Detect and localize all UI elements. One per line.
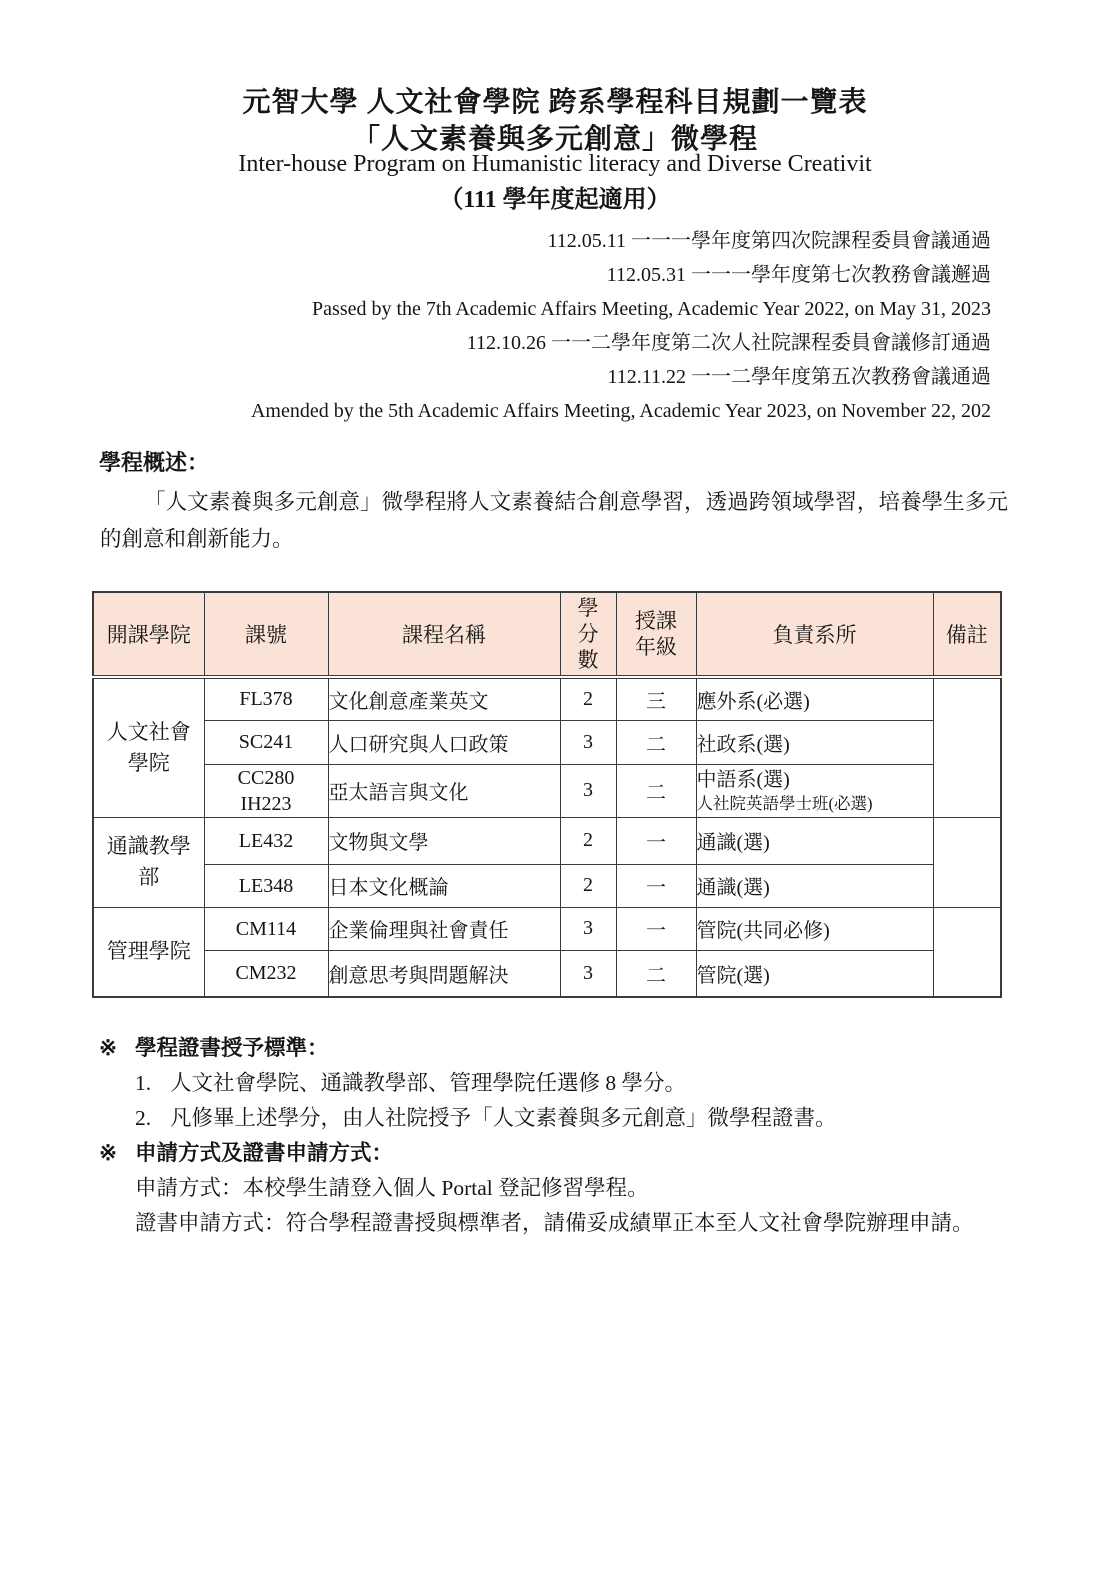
dept-main-label: 中語系(選) [697,767,933,793]
table-row: LE348 日本文化概論 2 一 通識(選) [93,864,1001,907]
approval-line: 112.05.31 一一一學年度第七次教務會議邂過 [251,258,991,292]
course-code-cell: CM232 [204,950,328,997]
course-code-cell: LE432 [204,817,328,864]
col-header-note: 備註 [933,592,1001,677]
grade-cell: 二 [616,764,696,817]
col-header-credits: 學 分 數 [560,592,616,677]
cert-criteria-item: 1. 人文社會學院、通識教學部、管理學院任選修 8 學分。 [99,1066,1059,1101]
cert-criteria-item: 2. 凡修畢上述學分，由人社院授予「人文素養與多元創意」微學程證書。 [99,1101,1059,1136]
table-row: 通識教學 部 LE432 文物與文學 2 一 通識(選) [93,817,1001,864]
notes-section: ※ 學程證書授予標準： 1. 人文社會學院、通識教學部、管理學院任選修 8 學分… [99,1031,1059,1241]
credits-cell: 3 [560,720,616,764]
application-line: 證書申請方式：符合學程證書授與標準者，請備妥成績單正本至人文社會學院辦理申請。 [99,1206,1059,1241]
course-code-cell: SC241 [204,720,328,764]
reference-mark: ※ [99,1136,135,1171]
cert-criteria-item-text: 人文社會學院、通識教學部、管理學院任選修 8 學分。 [170,1066,686,1101]
overview-paragraph: 「人文素養與多元創意」微學程將人文素養結合創意學習，透過跨領域學習，培養學生多元… [100,484,1008,558]
grade-cell: 二 [616,950,696,997]
col-header-dept: 負責系所 [696,592,933,677]
course-code-cell: CM114 [204,907,328,950]
course-name-cell: 亞太語言與文化 [328,764,560,817]
dept-sub-label: 人社院英語學士班(必選) [697,793,933,815]
table-row: SC241 人口研究與人口政策 3 二 社政系(選) [93,720,1001,764]
college-cell: 通識教學 部 [93,817,204,907]
dept-cell: 社政系(選) [696,720,933,764]
table-row: CC280 IH223 亞太語言與文化 3 二 中語系(選) 人社院英語學士班(… [93,764,1001,817]
col-header-college: 開課學院 [93,592,204,677]
course-name-cell: 文物與文學 [328,817,560,864]
grade-cell: 二 [616,720,696,764]
college-cell: 人文社會 學院 [93,677,204,817]
credits-cell: 3 [560,950,616,997]
cert-criteria-heading-label: 學程證書授予標準： [135,1031,329,1066]
document-page: 元智大學 人文社會學院 跨系學程科目規劃一覽表 「人文素養與多元創意」微學程 I… [0,0,1110,1569]
item-number: 1. [135,1066,170,1101]
course-code-cell: LE348 [204,864,328,907]
credits-cell: 2 [560,864,616,907]
table-row: 管理學院 CM114 企業倫理與社會責任 3 一 管院(共同必修) [93,907,1001,950]
credits-cell: 3 [560,907,616,950]
table-row: 人文社會 學院 FL378 文化創意產業英文 2 三 應外系(必選) [93,677,1001,720]
dept-cell: 通識(選) [696,817,933,864]
college-cell: 管理學院 [93,907,204,997]
program-title-en: Inter-house Program on Humanistic litera… [0,151,1110,178]
application-line: 申請方式：本校學生請登入個人 Portal 登記修習學程。 [99,1171,1059,1206]
item-number: 2. [135,1101,170,1136]
application-heading-label: 申請方式及證書申請方式： [135,1136,393,1171]
table-header-row: 開課學院 課號 課程名稱 學 分 數 授課 年級 負責系所 備註 [93,592,1001,677]
course-name-cell: 創意思考與問題解決 [328,950,560,997]
note-cell [933,677,1001,817]
note-cell [933,817,1001,907]
credits-cell: 2 [560,817,616,864]
col-header-name: 課程名稱 [328,592,560,677]
approval-history: 112.05.11 一一一學年度第四次院課程委員會議通過 112.05.31 一… [251,224,991,428]
page-title-zh: 元智大學 人文社會學院 跨系學程科目規劃一覽表 [0,80,1110,120]
course-name-cell: 日本文化概論 [328,864,560,907]
dept-cell: 管院(共同必修) [696,907,933,950]
effective-year-note: （111 學年度起適用） [0,179,1110,214]
course-table: 開課學院 課號 課程名稱 學 分 數 授課 年級 負責系所 備註 人文社會 學院… [92,591,1002,998]
reference-mark: ※ [99,1031,135,1066]
col-header-grade: 授課 年級 [616,592,696,677]
course-code-cell: CC280 IH223 [204,764,328,817]
grade-cell: 三 [616,677,696,720]
course-name-cell: 人口研究與人口政策 [328,720,560,764]
course-name-cell: 文化創意產業英文 [328,677,560,720]
approval-line-en: Passed by the 7th Academic Affairs Meeti… [251,292,991,326]
course-name-cell: 企業倫理與社會責任 [328,907,560,950]
dept-cell: 通識(選) [696,864,933,907]
cert-criteria-heading: ※ 學程證書授予標準： [99,1031,1059,1066]
grade-cell: 一 [616,817,696,864]
dept-cell: 應外系(必選) [696,677,933,720]
grade-cell: 一 [616,864,696,907]
credits-cell: 2 [560,677,616,720]
dept-cell: 中語系(選) 人社院英語學士班(必選) [696,764,933,817]
overview-heading: 學程概述： [99,446,209,477]
credits-cell: 3 [560,764,616,817]
approval-line: 112.05.11 一一一學年度第四次院課程委員會議通過 [251,224,991,258]
cert-criteria-item-text: 凡修畢上述學分，由人社院授予「人文素養與多元創意」微學程證書。 [170,1101,837,1136]
approval-line: 112.10.26 一一二學年度第二次人社院課程委員會議修訂通過 [251,326,991,360]
approval-line-en: Amended by the 5th Academic Affairs Meet… [251,394,991,428]
grade-cell: 一 [616,907,696,950]
col-header-code: 課號 [204,592,328,677]
application-heading: ※ 申請方式及證書申請方式： [99,1136,1059,1171]
table-row: CM232 創意思考與問題解決 3 二 管院(選) [93,950,1001,997]
approval-line: 112.11.22 一一二學年度第五次教務會議通過 [251,360,991,394]
dept-cell: 管院(選) [696,950,933,997]
note-cell [933,907,1001,997]
course-code-cell: FL378 [204,677,328,720]
